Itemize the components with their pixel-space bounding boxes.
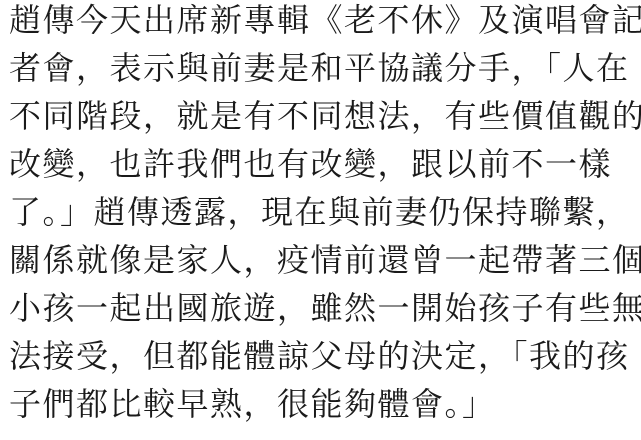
article-line-5: 了。」趙傳透露，現在與前妻仍保持聯繫， [9,188,641,236]
article-line-6: 關係就像是家人，疫情前還曾一起帶著三個 [9,236,641,284]
article-line-4: 改變，也許我們也有改變，跟以前不一樣 [9,140,641,188]
article-line-2: 者會，表示與前妻是和平協議分手，「人在 [9,44,641,92]
article-line-1: 趙傳今天出席新專輯《老不休》及演唱會記 [9,0,641,44]
article-line-9: 子們都比較早熟，很能夠體會。」 [9,380,641,428]
article-line-3: 不同階段，就是有不同想法，有些價值觀的 [9,92,641,140]
article-line-7: 小孩一起出國旅遊，雖然一開始孩子有些無 [9,284,641,332]
article-line-8: 法接受，但都能體諒父母的決定，「我的孩 [9,332,641,380]
article-text-block: 趙傳今天出席新專輯《老不休》及演唱會記 者會，表示與前妻是和平協議分手，「人在 … [9,0,641,428]
